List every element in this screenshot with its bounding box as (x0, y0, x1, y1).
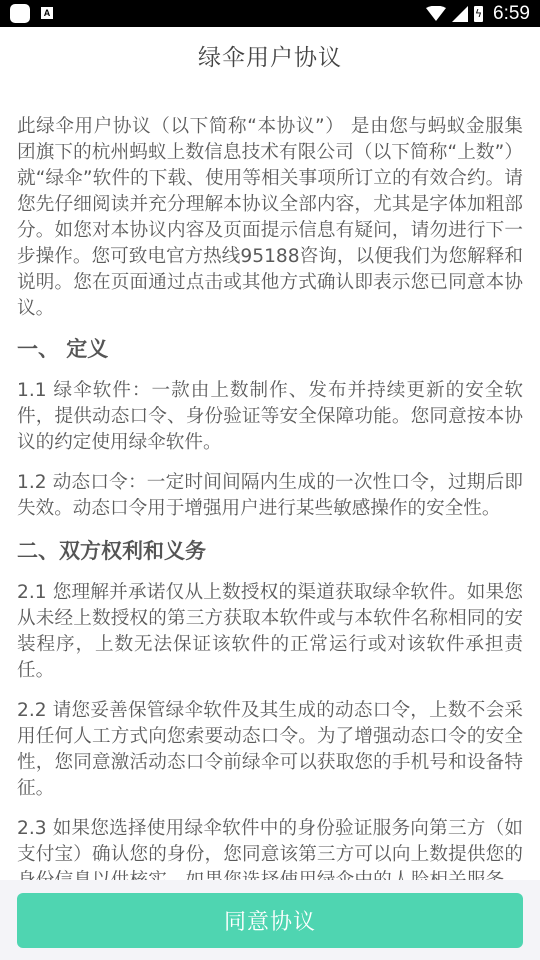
intro-paragraph: 此绿伞用户协议（以下简称“本协议”） 是由您与蚂蚁金服集团旗下的杭州蚂蚁上数信息… (17, 114, 523, 322)
agree-button[interactable]: 同意协议 (17, 893, 523, 948)
header: 绿伞用户协议 (0, 27, 540, 83)
footer-bar: 同意协议 (0, 880, 540, 960)
wifi-icon (426, 6, 446, 22)
section-heading-rights-obligations: 二、双方权利和义务 (17, 536, 523, 566)
accessibility-a-icon: A (41, 7, 53, 19)
app-notification-icon (10, 4, 30, 23)
clause-1-2: 1.2 动态口令：一定时间间隔内生成的一次性口令，过期后即失效。动态口令用于增强… (17, 470, 523, 522)
status-bar-right: 6:59 (426, 0, 530, 27)
clause-2-2: 2.2 请您妥善保管绿伞软件及其生成的动态口令，上数不会采用任何人工方式向您索要… (17, 698, 523, 802)
section-heading-definitions: 一、 定义 (17, 334, 523, 364)
agreement-content[interactable]: 此绿伞用户协议（以下简称“本协议”） 是由您与蚂蚁金服集团旗下的杭州蚂蚁上数信息… (17, 114, 523, 880)
battery-charging-icon (474, 6, 483, 22)
page-title: 绿伞用户协议 (198, 39, 342, 72)
clock: 6:59 (493, 3, 530, 25)
status-bar: A 6:59 (0, 0, 540, 27)
cellular-signal-icon (452, 6, 468, 22)
clause-2-1: 2.1 您理解并承诺仅从上数授权的渠道获取绿伞软件。如果您从未经上数授权的第三方… (17, 580, 523, 684)
clause-1-1: 1.1 绿伞软件：一款由上数制作、发布并持续更新的安全软件，提供动态口令、身份验… (17, 378, 523, 456)
clause-2-3: 2.3 如果您选择使用绿伞软件中的身份验证服务向第三方（如支付宝）确认您的身份，… (17, 816, 523, 880)
